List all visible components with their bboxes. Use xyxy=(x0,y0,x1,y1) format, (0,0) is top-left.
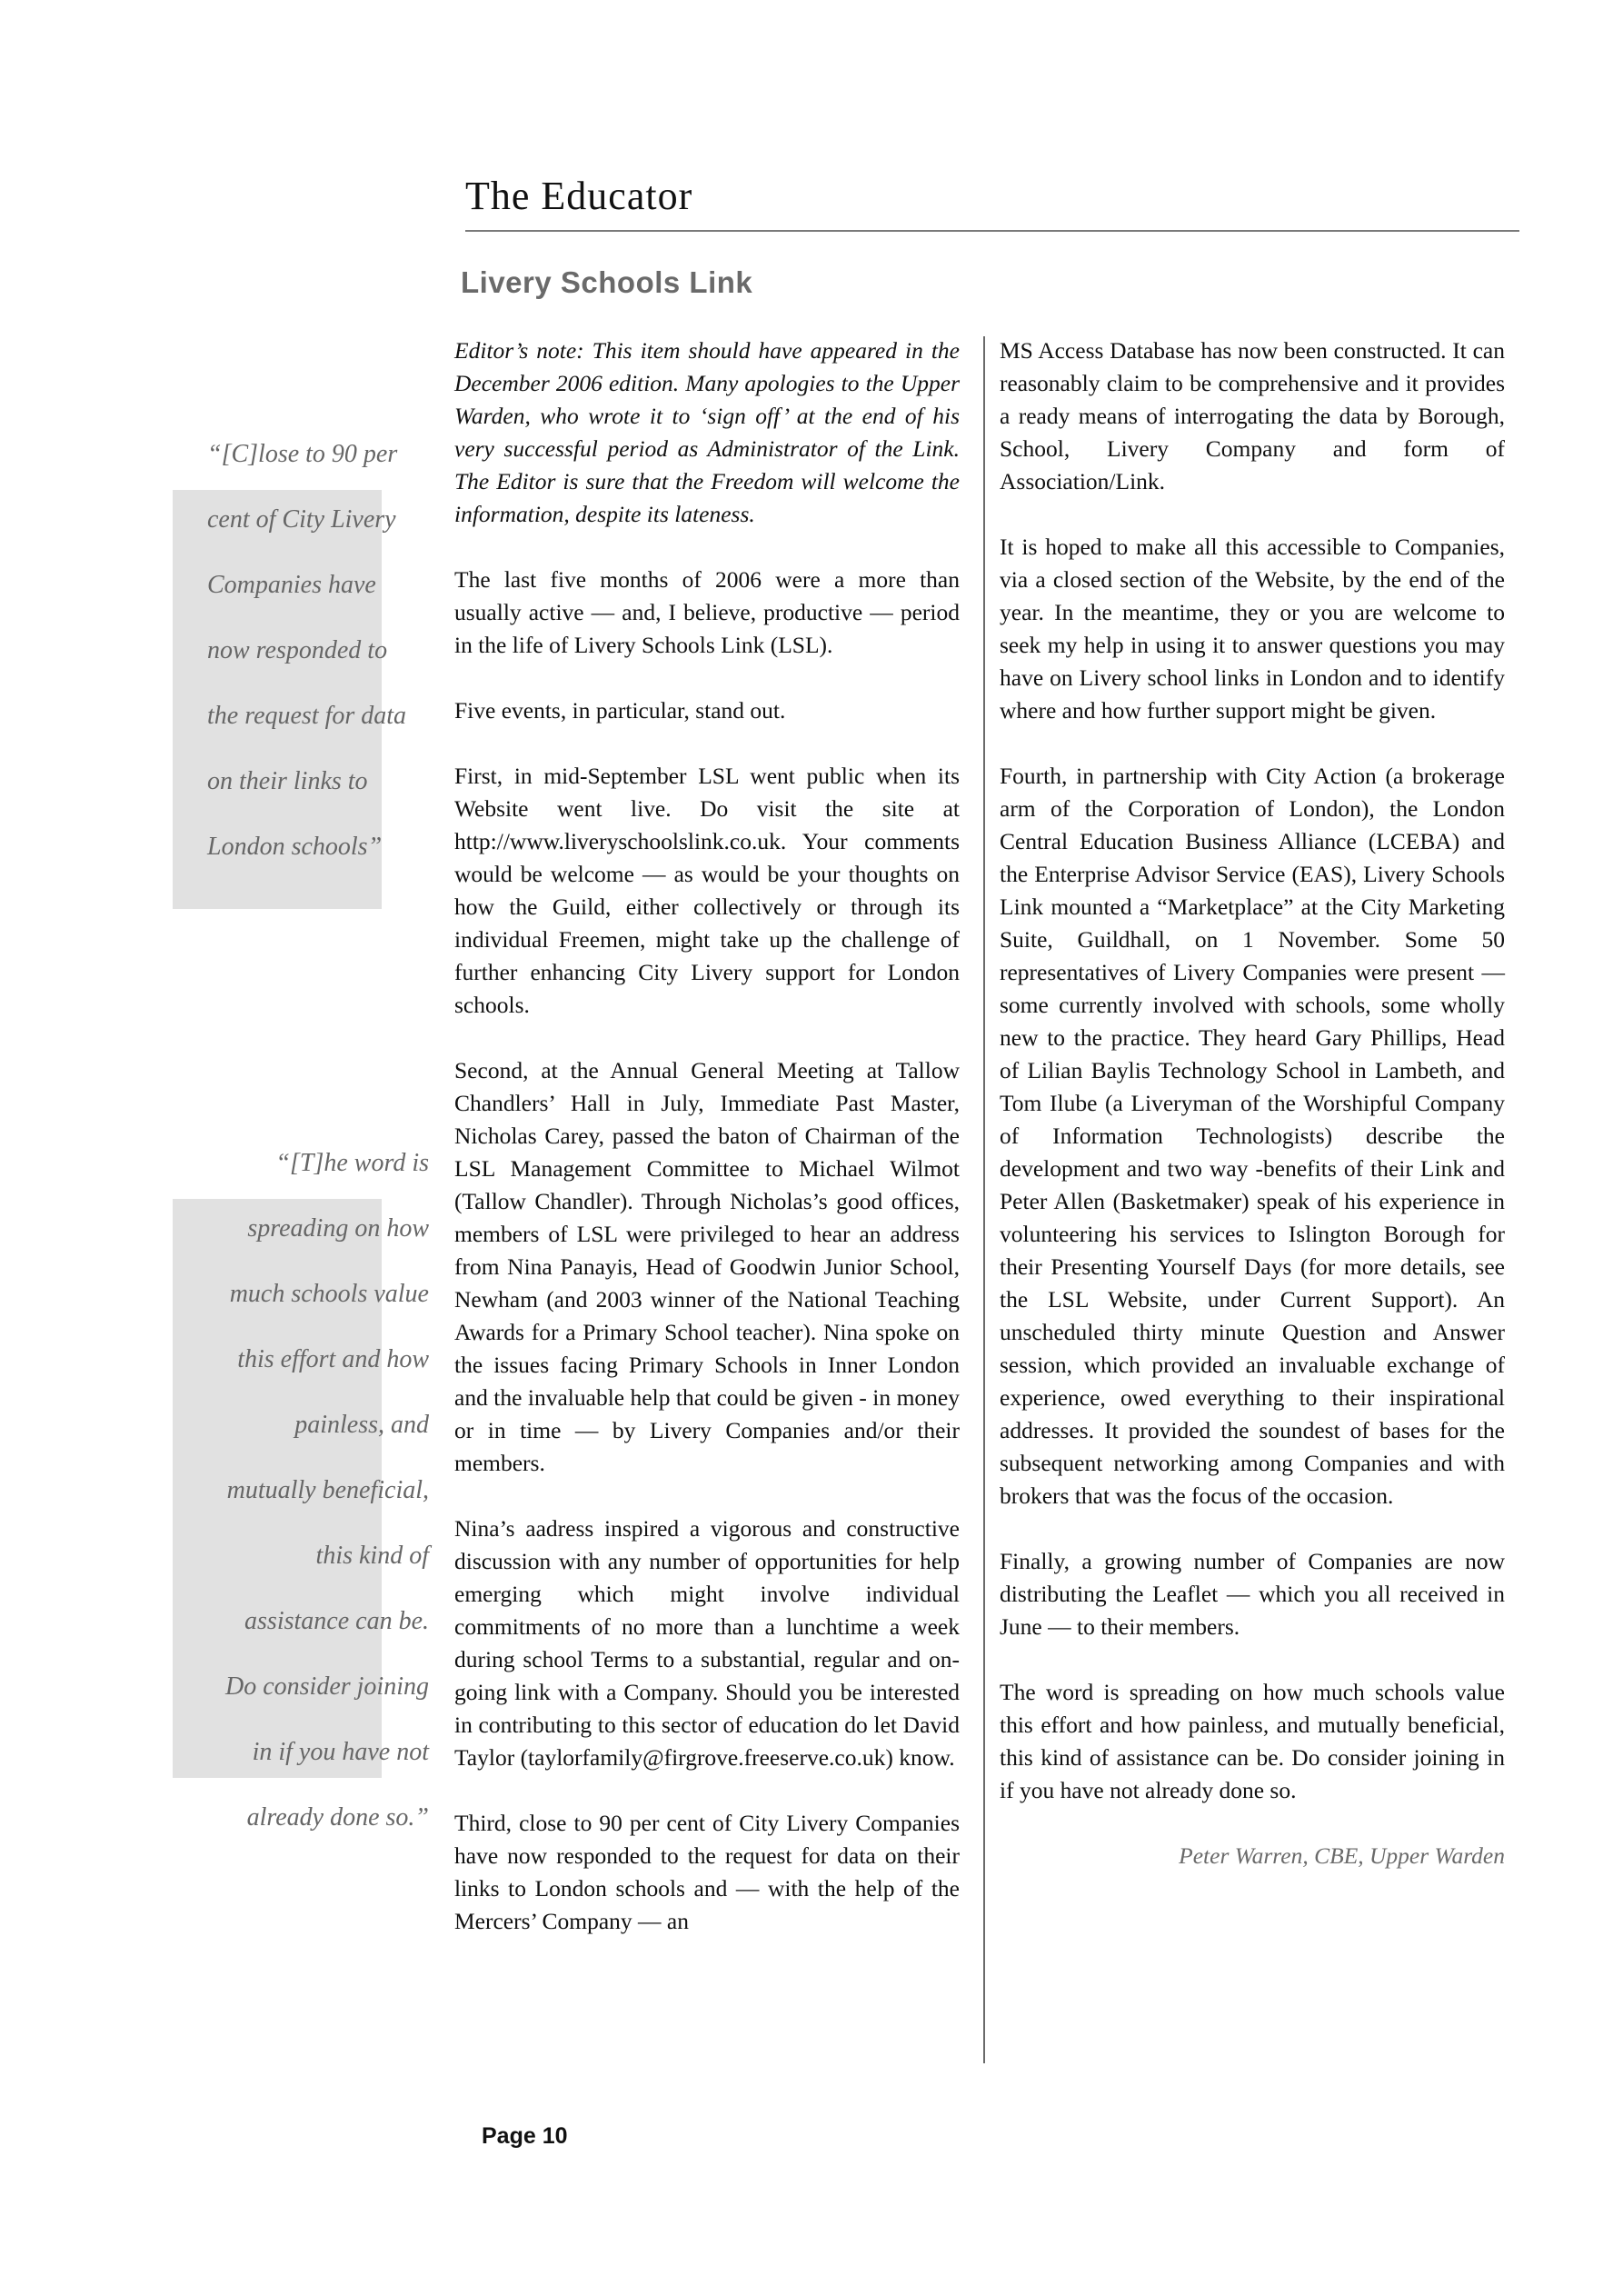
pullquote-line: now responded to xyxy=(207,618,453,684)
header-rule xyxy=(465,230,1519,232)
pullquote-line: “[C]lose to 90 per xyxy=(207,422,453,487)
paragraph: MS Access Database has now been construc… xyxy=(1000,334,1505,498)
pullquote-line: assistance can be. xyxy=(164,1589,429,1654)
article-title: Livery Schools Link xyxy=(461,265,752,300)
paragraph: Second, at the Annual General Meeting at… xyxy=(454,1054,960,1480)
pullquote-2: “[T]he word is spreading on how much sch… xyxy=(164,1131,429,1851)
paragraph: Nina’s aadress inspired a vigorous and c… xyxy=(454,1512,960,1774)
pullquote-line: spreading on how xyxy=(164,1196,429,1262)
pullquote-line: the request for data xyxy=(207,684,453,749)
pullquote-line: Companies have xyxy=(207,553,453,618)
pullquote-line: in if you have not xyxy=(164,1720,429,1785)
paragraph: Five events, in particular, stand out. xyxy=(454,694,960,727)
pullquote-line: this kind of xyxy=(164,1523,429,1589)
pullquote-line: London schools” xyxy=(207,814,453,880)
paragraph: Third, close to 90 per cent of City Live… xyxy=(454,1807,960,1938)
pullquote-line: Do consider joining xyxy=(164,1654,429,1720)
pullquote-line: “[T]he word is xyxy=(164,1131,429,1196)
article-column-left: Editor’s note: This item should have app… xyxy=(454,334,960,1971)
paragraph: It is hoped to make all this accessible … xyxy=(1000,531,1505,727)
column-divider xyxy=(983,336,985,2063)
paragraph: The word is spreading on how much school… xyxy=(1000,1676,1505,1807)
pullquote-line: much schools value xyxy=(164,1262,429,1327)
pullquote-line: cent of City Livery xyxy=(207,487,453,553)
author-signature: Peter Warren, CBE, Upper Warden xyxy=(1000,1840,1505,1872)
paragraph: Finally, a growing number of Companies a… xyxy=(1000,1545,1505,1643)
pullquote-1: “[C]lose to 90 per cent of City Livery C… xyxy=(207,422,453,880)
paragraph: First, in mid-September LSL went public … xyxy=(454,760,960,1022)
article-column-right: MS Access Database has now been construc… xyxy=(1000,334,1505,1905)
pullquote-line: this effort and how xyxy=(164,1327,429,1393)
pullquote-line: mutually beneficial, xyxy=(164,1458,429,1523)
editors-note: Editor’s note: This item should have app… xyxy=(454,334,960,531)
pullquote-line: already done so.” xyxy=(164,1785,429,1851)
pullquote-line: on their links to xyxy=(207,749,453,814)
paragraph: The last five months of 2006 were a more… xyxy=(454,564,960,662)
pullquote-line: painless, and xyxy=(164,1393,429,1458)
publication-title: The Educator xyxy=(465,173,692,219)
paragraph: Fourth, in partnership with City Action … xyxy=(1000,760,1505,1512)
page-number: Page 10 xyxy=(482,2123,568,2150)
